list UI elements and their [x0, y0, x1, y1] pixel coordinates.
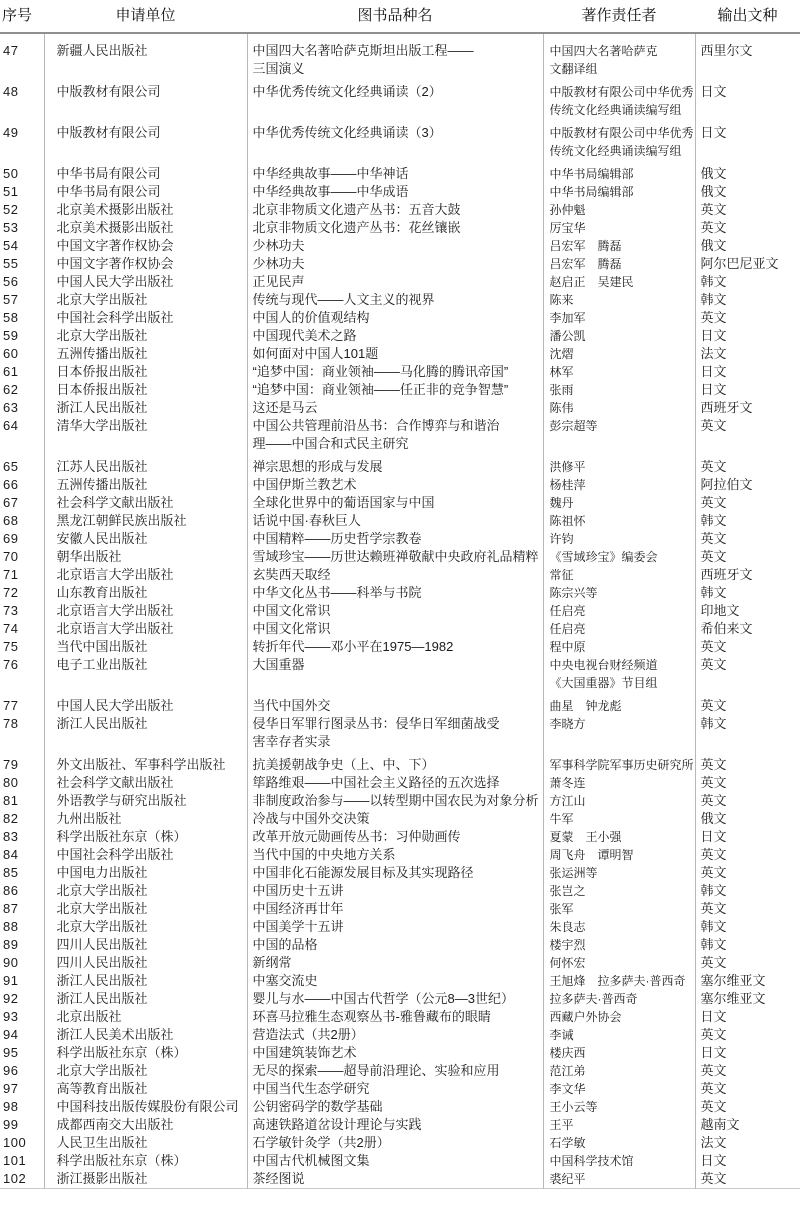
- cell-author: 张雨: [543, 381, 695, 399]
- cell-language: 英文: [695, 530, 800, 548]
- cell-unit: 山东教育出版社: [44, 584, 247, 602]
- cell-language: 西班牙文: [695, 566, 800, 584]
- cell-booktitle: 禅宗思想的形成与发展: [247, 458, 543, 476]
- cell-unit: 北京大学出版社: [44, 900, 247, 918]
- col-header-author: 著作责任者: [543, 0, 695, 33]
- cell-unit: 浙江人民出版社: [44, 972, 247, 990]
- cell-unit: 中国人民大学出版社: [44, 697, 247, 715]
- cell-booktitle: 中华文化丛书——科举与书院: [247, 584, 543, 602]
- table-row: 57 北京大学出版社 传统与现代——人文主义的视界 陈来 韩文: [0, 291, 800, 309]
- table-row: 62 日本侨报出版社 “追梦中国：商业领袖——任正非的竞争智慧” 张雨 日文: [0, 381, 800, 399]
- cell-serial: 73: [0, 602, 44, 620]
- cell-serial: 47: [0, 33, 44, 83]
- cell-serial: 65: [0, 458, 44, 476]
- cell-author: 王小云等: [543, 1098, 695, 1116]
- cell-language: 越南文: [695, 1116, 800, 1134]
- cell-serial: 75: [0, 638, 44, 656]
- cell-serial: 89: [0, 936, 44, 954]
- cell-author: 中央电视台财经频道 《大国重器》节目组: [543, 656, 695, 697]
- cell-serial: 78: [0, 715, 44, 756]
- cell-author: 沈熠: [543, 345, 695, 363]
- cell-author: 常征: [543, 566, 695, 584]
- cell-language: 英文: [695, 954, 800, 972]
- cell-author: 任启亮: [543, 602, 695, 620]
- cell-booktitle: 中国经济再廿年: [247, 900, 543, 918]
- cell-serial: 58: [0, 309, 44, 327]
- cell-language: 英文: [695, 1170, 800, 1189]
- table-row: 58 中国社会科学出版社 中国人的价值观结构 李加军 英文: [0, 309, 800, 327]
- table-row: 53 北京美术摄影出版社 北京非物质文化遗产丛书：花丝镶嵌 厉宝华 英文: [0, 219, 800, 237]
- cell-serial: 59: [0, 327, 44, 345]
- cell-language: 英文: [695, 697, 800, 715]
- cell-language: 法文: [695, 345, 800, 363]
- cell-author: 石学敏: [543, 1134, 695, 1152]
- cell-author: 彭宗超等: [543, 417, 695, 458]
- cell-unit: 当代中国出版社: [44, 638, 247, 656]
- cell-author: 何怀宏: [543, 954, 695, 972]
- cell-booktitle: 中塞交流史: [247, 972, 543, 990]
- cell-unit: 四川人民出版社: [44, 954, 247, 972]
- table-row: 101 科学出版社东京（株） 中国古代机械图文集 中国科学技术馆 日文: [0, 1152, 800, 1170]
- cell-language: 英文: [695, 548, 800, 566]
- cell-language: 英文: [695, 656, 800, 697]
- cell-language: 塞尔维亚文: [695, 990, 800, 1008]
- cell-serial: 92: [0, 990, 44, 1008]
- cell-serial: 94: [0, 1026, 44, 1044]
- cell-booktitle: 中国伊斯兰教艺术: [247, 476, 543, 494]
- cell-language: 俄文: [695, 183, 800, 201]
- cell-serial: 96: [0, 1062, 44, 1080]
- cell-unit: 日本侨报出版社: [44, 381, 247, 399]
- cell-serial: 95: [0, 1044, 44, 1062]
- cell-unit: 北京语言大学出版社: [44, 602, 247, 620]
- cell-author: 洪修平: [543, 458, 695, 476]
- cell-unit: 五洲传播出版社: [44, 476, 247, 494]
- cell-booktitle: 中华优秀传统文化经典诵读（3）: [247, 124, 543, 165]
- cell-author: 张岂之: [543, 882, 695, 900]
- cell-author: 吕宏军 腾磊: [543, 237, 695, 255]
- cell-unit: 黑龙江朝鲜民族出版社: [44, 512, 247, 530]
- cell-serial: 87: [0, 900, 44, 918]
- cell-language: 日文: [695, 1008, 800, 1026]
- cell-author: 牛军: [543, 810, 695, 828]
- document-page: 序号 申请单位 图书品种名 著作责任者 输出文种 47 新疆人民出版社 中国四大…: [0, 0, 800, 1189]
- cell-author: 陈宗兴等: [543, 584, 695, 602]
- table-row: 95 科学出版社东京（株） 中国建筑装饰艺术 楼庆西 日文: [0, 1044, 800, 1062]
- cell-booktitle: 中国建筑装饰艺术: [247, 1044, 543, 1062]
- cell-serial: 70: [0, 548, 44, 566]
- cell-language: 英文: [695, 494, 800, 512]
- cell-booktitle: 大国重器: [247, 656, 543, 697]
- table-row: 94 浙江人民美术出版社 营造法式（共2册） 李诫 英文: [0, 1026, 800, 1044]
- cell-author: 裘纪平: [543, 1170, 695, 1189]
- cell-unit: 中版教材有限公司: [44, 83, 247, 124]
- cell-serial: 79: [0, 756, 44, 774]
- cell-booktitle: 改革开放元勋画传丛书：习仲勋画传: [247, 828, 543, 846]
- table-row: 71 北京语言大学出版社 玄奘西天取经 常征 西班牙文: [0, 566, 800, 584]
- cell-unit: 成都西南交大出版社: [44, 1116, 247, 1134]
- cell-language: 英文: [695, 1026, 800, 1044]
- cell-booktitle: 这还是马云: [247, 399, 543, 417]
- header-row: 序号 申请单位 图书品种名 著作责任者 输出文种: [0, 0, 800, 33]
- cell-booktitle: 公钥密码学的数学基础: [247, 1098, 543, 1116]
- table-row: 52 北京美术摄影出版社 北京非物质文化遗产丛书：五音大鼓 孙仲魁 英文: [0, 201, 800, 219]
- table-row: 91 浙江人民出版社 中塞交流史 王旭烽 拉多萨夫·普西奇 塞尔维亚文: [0, 972, 800, 990]
- cell-author: 中华书局编辑部: [543, 165, 695, 183]
- cell-author: 周飞舟 谭明智: [543, 846, 695, 864]
- table-row: 64 清华大学出版社 中国公共管理前沿丛书：合作博弈与和谐治 理——中国合和式民…: [0, 417, 800, 458]
- cell-booktitle: 传统与现代——人文主义的视界: [247, 291, 543, 309]
- cell-unit: 四川人民出版社: [44, 936, 247, 954]
- cell-unit: 中华书局有限公司: [44, 165, 247, 183]
- cell-language: 韩文: [695, 882, 800, 900]
- cell-booktitle: 筚路维艰——中国社会主义路径的五次选择: [247, 774, 543, 792]
- cell-author: 陈伟: [543, 399, 695, 417]
- table-row: 72 山东教育出版社 中华文化丛书——科举与书院 陈宗兴等 韩文: [0, 584, 800, 602]
- cell-unit: 社会科学文献出版社: [44, 774, 247, 792]
- cell-author: 李晓方: [543, 715, 695, 756]
- cell-language: 日文: [695, 363, 800, 381]
- cell-language: 日文: [695, 327, 800, 345]
- table-row: 102 浙江摄影出版社 茶经图说 裘纪平 英文: [0, 1170, 800, 1189]
- cell-language: 日文: [695, 381, 800, 399]
- cell-unit: 外文出版社、军事科学出版社: [44, 756, 247, 774]
- cell-serial: 97: [0, 1080, 44, 1098]
- cell-booktitle: 高速铁路道岔设计理论与实践: [247, 1116, 543, 1134]
- cell-booktitle: 玄奘西天取经: [247, 566, 543, 584]
- cell-booktitle: 中国的品格: [247, 936, 543, 954]
- table-row: 76 电子工业出版社 大国重器 中央电视台财经频道 《大国重器》节目组 英文: [0, 656, 800, 697]
- col-header-serial: 序号: [0, 0, 44, 33]
- cell-language: 英文: [695, 1080, 800, 1098]
- cell-author: 军事科学院军事历史研究所: [543, 756, 695, 774]
- cell-language: 西里尔文: [695, 33, 800, 83]
- cell-author: 孙仲魁: [543, 201, 695, 219]
- table-row: 80 社会科学文献出版社 筚路维艰——中国社会主义路径的五次选择 萧冬连 英文: [0, 774, 800, 792]
- cell-unit: 朝华出版社: [44, 548, 247, 566]
- cell-author: 陈祖怀: [543, 512, 695, 530]
- cell-author: 中国科学技术馆: [543, 1152, 695, 1170]
- cell-serial: 81: [0, 792, 44, 810]
- cell-language: 英文: [695, 638, 800, 656]
- cell-booktitle: 茶经图说: [247, 1170, 543, 1189]
- table-row: 75 当代中国出版社 转折年代——邓小平在1975—1982 程中原 英文: [0, 638, 800, 656]
- cell-unit: 科学出版社东京（株）: [44, 828, 247, 846]
- cell-unit: 社会科学文献出版社: [44, 494, 247, 512]
- cell-booktitle: 少林功夫: [247, 255, 543, 273]
- cell-language: 阿尔巴尼亚文: [695, 255, 800, 273]
- cell-language: 英文: [695, 900, 800, 918]
- cell-booktitle: 营造法式（共2册）: [247, 1026, 543, 1044]
- cell-unit: 中国文字著作权协会: [44, 237, 247, 255]
- table-row: 83 科学出版社东京（株） 改革开放元勋画传丛书：习仲勋画传 夏蒙 王小强 日文: [0, 828, 800, 846]
- cell-serial: 49: [0, 124, 44, 165]
- cell-unit: 北京语言大学出版社: [44, 566, 247, 584]
- table-row: 69 安徽人民出版社 中国精粹——历史哲学宗教卷 许钧 英文: [0, 530, 800, 548]
- cell-serial: 82: [0, 810, 44, 828]
- cell-language: 韩文: [695, 584, 800, 602]
- cell-booktitle: 抗美援朝战争史（上、中、下）: [247, 756, 543, 774]
- cell-serial: 102: [0, 1170, 44, 1189]
- cell-serial: 68: [0, 512, 44, 530]
- cell-serial: 55: [0, 255, 44, 273]
- cell-unit: 中国社会科学出版社: [44, 846, 247, 864]
- cell-serial: 50: [0, 165, 44, 183]
- cell-unit: 科学出版社东京（株）: [44, 1152, 247, 1170]
- cell-language: 西班牙文: [695, 399, 800, 417]
- cell-language: 韩文: [695, 512, 800, 530]
- cell-booktitle: 中国文化常识: [247, 620, 543, 638]
- table-row: 55 中国文字著作权协会 少林功夫 吕宏军 腾磊 阿尔巴尼亚文: [0, 255, 800, 273]
- table-row: 93 北京出版社 环喜马拉雅生态观察丛书-雅鲁藏布的眼睛 西藏户外协会 日文: [0, 1008, 800, 1026]
- cell-author: 范江弟: [543, 1062, 695, 1080]
- cell-booktitle: 石学敏针灸学（共2册）: [247, 1134, 543, 1152]
- cell-author: 萧冬连: [543, 774, 695, 792]
- table-header: 序号 申请单位 图书品种名 著作责任者 输出文种: [0, 0, 800, 33]
- cell-booktitle: 转折年代——邓小平在1975—1982: [247, 638, 543, 656]
- table-row: 78 浙江人民出版社 侵华日军罪行图录丛书：侵华日军细菌战受 害幸存者实录 李晓…: [0, 715, 800, 756]
- cell-author: 西藏户外协会: [543, 1008, 695, 1026]
- cell-language: 日文: [695, 83, 800, 124]
- cell-language: 日文: [695, 1044, 800, 1062]
- book-export-table: 序号 申请单位 图书品种名 著作责任者 输出文种 47 新疆人民出版社 中国四大…: [0, 0, 800, 1189]
- cell-author: 中版教材有限公司中华优秀 传统文化经典诵读编写组: [543, 124, 695, 165]
- cell-booktitle: 雪域珍宝——历世达赖班禅敬献中央政府礼品精粹: [247, 548, 543, 566]
- cell-serial: 85: [0, 864, 44, 882]
- table-row: 89 四川人民出版社 中国的品格 楼宇烈 韩文: [0, 936, 800, 954]
- cell-unit: 北京出版社: [44, 1008, 247, 1026]
- cell-unit: 北京大学出版社: [44, 1062, 247, 1080]
- cell-language: 俄文: [695, 810, 800, 828]
- cell-unit: 江苏人民出版社: [44, 458, 247, 476]
- cell-author: 楼庆西: [543, 1044, 695, 1062]
- table-row: 87 北京大学出版社 中国经济再廿年 张军 英文: [0, 900, 800, 918]
- cell-language: 日文: [695, 1152, 800, 1170]
- cell-serial: 56: [0, 273, 44, 291]
- cell-serial: 51: [0, 183, 44, 201]
- cell-author: 厉宝华: [543, 219, 695, 237]
- table-row: 51 中华书局有限公司 中华经典故事——中华成语 中华书局编辑部 俄文: [0, 183, 800, 201]
- cell-unit: 浙江人民出版社: [44, 399, 247, 417]
- cell-unit: 浙江人民美术出版社: [44, 1026, 247, 1044]
- cell-language: 韩文: [695, 291, 800, 309]
- cell-unit: 中国社会科学出版社: [44, 309, 247, 327]
- cell-booktitle: 当代中国外交: [247, 697, 543, 715]
- table-row: 74 北京语言大学出版社 中国文化常识 任启亮 希伯来文: [0, 620, 800, 638]
- table-body: 47 新疆人民出版社 中国四大名著哈萨克斯坦出版工程—— 三国演义 中国四大名著…: [0, 33, 800, 1189]
- cell-unit: 科学出版社东京（株）: [44, 1044, 247, 1062]
- cell-booktitle: 中国美学十五讲: [247, 918, 543, 936]
- table-row: 85 中国电力出版社 中国非化石能源发展目标及其实现路径 张运洲等 英文: [0, 864, 800, 882]
- cell-booktitle: 全球化世界中的葡语国家与中国: [247, 494, 543, 512]
- cell-booktitle: 中华经典故事——中华神话: [247, 165, 543, 183]
- cell-booktitle: 中国公共管理前沿丛书：合作博弈与和谐治 理——中国合和式民主研究: [247, 417, 543, 458]
- cell-language: 俄文: [695, 237, 800, 255]
- cell-serial: 101: [0, 1152, 44, 1170]
- table-row: 82 九州出版社 冷战与中国外交决策 牛军 俄文: [0, 810, 800, 828]
- cell-booktitle: 非制度政治参与——以转型期中国农民为对象分析: [247, 792, 543, 810]
- cell-author: 楼宇烈: [543, 936, 695, 954]
- cell-serial: 77: [0, 697, 44, 715]
- cell-unit: 新疆人民出版社: [44, 33, 247, 83]
- cell-language: 韩文: [695, 936, 800, 954]
- cell-booktitle: 北京非物质文化遗产丛书：五音大鼓: [247, 201, 543, 219]
- table-row: 59 北京大学出版社 中国现代美术之路 潘公凯 日文: [0, 327, 800, 345]
- cell-booktitle: 中国人的价值观结构: [247, 309, 543, 327]
- cell-author: 方江山: [543, 792, 695, 810]
- cell-author: 张军: [543, 900, 695, 918]
- cell-serial: 60: [0, 345, 44, 363]
- col-header-unit: 申请单位: [44, 0, 247, 33]
- table-row: 98 中国科技出版传媒股份有限公司 公钥密码学的数学基础 王小云等 英文: [0, 1098, 800, 1116]
- table-row: 70 朝华出版社 雪域珍宝——历世达赖班禅敬献中央政府礼品精粹 《雪域珍宝》编委…: [0, 548, 800, 566]
- cell-language: 英文: [695, 846, 800, 864]
- cell-serial: 99: [0, 1116, 44, 1134]
- cell-serial: 100: [0, 1134, 44, 1152]
- cell-unit: 浙江人民出版社: [44, 715, 247, 756]
- cell-booktitle: 中国古代机械图文集: [247, 1152, 543, 1170]
- cell-unit: 九州出版社: [44, 810, 247, 828]
- cell-author: 陈来: [543, 291, 695, 309]
- cell-serial: 83: [0, 828, 44, 846]
- cell-booktitle: “追梦中国：商业领袖——马化腾的腾讯帝国”: [247, 363, 543, 381]
- table-row: 63 浙江人民出版社 这还是马云 陈伟 西班牙文: [0, 399, 800, 417]
- col-header-booktitle: 图书品种名: [247, 0, 543, 33]
- table-row: 88 北京大学出版社 中国美学十五讲 朱良志 韩文: [0, 918, 800, 936]
- cell-unit: 人民卫生出版社: [44, 1134, 247, 1152]
- cell-serial: 52: [0, 201, 44, 219]
- table-row: 92 浙江人民出版社 婴儿与水——中国古代哲学（公元8—3世纪） 拉多萨夫·普西…: [0, 990, 800, 1008]
- cell-author: 王平: [543, 1116, 695, 1134]
- cell-serial: 84: [0, 846, 44, 864]
- cell-unit: 电子工业出版社: [44, 656, 247, 697]
- cell-serial: 62: [0, 381, 44, 399]
- cell-author: 李加军: [543, 309, 695, 327]
- table-row: 61 日本侨报出版社 “追梦中国：商业领袖——马化腾的腾讯帝国” 林军 日文: [0, 363, 800, 381]
- cell-serial: 57: [0, 291, 44, 309]
- cell-booktitle: 中国当代生态学研究: [247, 1080, 543, 1098]
- cell-author: 吕宏军 腾磊: [543, 255, 695, 273]
- table-row: 100 人民卫生出版社 石学敏针灸学（共2册） 石学敏 法文: [0, 1134, 800, 1152]
- table-row: 86 北京大学出版社 中国历史十五讲 张岂之 韩文: [0, 882, 800, 900]
- cell-serial: 93: [0, 1008, 44, 1026]
- cell-unit: 五洲传播出版社: [44, 345, 247, 363]
- cell-booktitle: 中国四大名著哈萨克斯坦出版工程—— 三国演义: [247, 33, 543, 83]
- cell-author: 李诫: [543, 1026, 695, 1044]
- cell-unit: 北京语言大学出版社: [44, 620, 247, 638]
- cell-serial: 88: [0, 918, 44, 936]
- cell-unit: 安徽人民出版社: [44, 530, 247, 548]
- cell-unit: 北京大学出版社: [44, 882, 247, 900]
- cell-booktitle: 当代中国的中央地方关系: [247, 846, 543, 864]
- cell-booktitle: 中华经典故事——中华成语: [247, 183, 543, 201]
- table-row: 56 中国人民大学出版社 正见民声 赵启正 吴建民 韩文: [0, 273, 800, 291]
- cell-author: 王旭烽 拉多萨夫·普西奇: [543, 972, 695, 990]
- table-row: 77 中国人民大学出版社 当代中国外交 曲星 钟龙彪 英文: [0, 697, 800, 715]
- cell-language: 英文: [695, 1062, 800, 1080]
- cell-author: 魏丹: [543, 494, 695, 512]
- table-row: 50 中华书局有限公司 中华经典故事——中华神话 中华书局编辑部 俄文: [0, 165, 800, 183]
- cell-author: 潘公凯: [543, 327, 695, 345]
- cell-author: 拉多萨夫·普西奇: [543, 990, 695, 1008]
- cell-language: 法文: [695, 1134, 800, 1152]
- cell-booktitle: “追梦中国：商业领袖——任正非的竞争智慧”: [247, 381, 543, 399]
- cell-booktitle: 中国历史十五讲: [247, 882, 543, 900]
- cell-serial: 66: [0, 476, 44, 494]
- table-row: 97 高等教育出版社 中国当代生态学研究 李文华 英文: [0, 1080, 800, 1098]
- cell-serial: 80: [0, 774, 44, 792]
- cell-serial: 53: [0, 219, 44, 237]
- cell-language: 韩文: [695, 715, 800, 756]
- cell-booktitle: 无尽的探索——超导前沿理论、实验和应用: [247, 1062, 543, 1080]
- cell-author: 许钧: [543, 530, 695, 548]
- table-row: 67 社会科学文献出版社 全球化世界中的葡语国家与中国 魏丹 英文: [0, 494, 800, 512]
- cell-booktitle: 中国精粹——历史哲学宗教卷: [247, 530, 543, 548]
- cell-language: 英文: [695, 1098, 800, 1116]
- cell-language: 英文: [695, 774, 800, 792]
- cell-serial: 61: [0, 363, 44, 381]
- table-row: 79 外文出版社、军事科学出版社 抗美援朝战争史（上、中、下） 军事科学院军事历…: [0, 756, 800, 774]
- cell-language: 英文: [695, 201, 800, 219]
- cell-unit: 浙江人民出版社: [44, 990, 247, 1008]
- cell-language: 英文: [695, 864, 800, 882]
- cell-author: 夏蒙 王小强: [543, 828, 695, 846]
- cell-author: 任启亮: [543, 620, 695, 638]
- cell-booktitle: 冷战与中国外交决策: [247, 810, 543, 828]
- cell-author: 李文华: [543, 1080, 695, 1098]
- cell-booktitle: 中国现代美术之路: [247, 327, 543, 345]
- cell-unit: 北京美术摄影出版社: [44, 219, 247, 237]
- cell-language: 韩文: [695, 273, 800, 291]
- cell-language: 日文: [695, 828, 800, 846]
- cell-unit: 北京大学出版社: [44, 918, 247, 936]
- col-header-language: 输出文种: [695, 0, 800, 33]
- cell-author: 程中原: [543, 638, 695, 656]
- table-row: 65 江苏人民出版社 禅宗思想的形成与发展 洪修平 英文: [0, 458, 800, 476]
- cell-unit: 北京美术摄影出版社: [44, 201, 247, 219]
- cell-unit: 外语教学与研究出版社: [44, 792, 247, 810]
- table-row: 54 中国文字著作权协会 少林功夫 吕宏军 腾磊 俄文: [0, 237, 800, 255]
- table-row: 48 中版教材有限公司 中华优秀传统文化经典诵读（2） 中版教材有限公司中华优秀…: [0, 83, 800, 124]
- cell-booktitle: 话说中国·春秋巨人: [247, 512, 543, 530]
- cell-serial: 64: [0, 417, 44, 458]
- table-row: 66 五洲传播出版社 中国伊斯兰教艺术 杨桂萍 阿拉伯文: [0, 476, 800, 494]
- table-row: 99 成都西南交大出版社 高速铁路道岔设计理论与实践 王平 越南文: [0, 1116, 800, 1134]
- cell-author: 中国四大名著哈萨克 文翻译组: [543, 33, 695, 83]
- cell-unit: 中华书局有限公司: [44, 183, 247, 201]
- cell-unit: 中国电力出版社: [44, 864, 247, 882]
- cell-serial: 86: [0, 882, 44, 900]
- cell-author: 林军: [543, 363, 695, 381]
- cell-booktitle: 北京非物质文化遗产丛书：花丝镶嵌: [247, 219, 543, 237]
- table-row: 81 外语教学与研究出版社 非制度政治参与——以转型期中国农民为对象分析 方江山…: [0, 792, 800, 810]
- cell-author: 赵启正 吴建民: [543, 273, 695, 291]
- cell-author: 《雪域珍宝》编委会: [543, 548, 695, 566]
- cell-booktitle: 中国非化石能源发展目标及其实现路径: [247, 864, 543, 882]
- cell-serial: 98: [0, 1098, 44, 1116]
- cell-language: 英文: [695, 756, 800, 774]
- cell-unit: 高等教育出版社: [44, 1080, 247, 1098]
- cell-language: 英文: [695, 792, 800, 810]
- cell-language: 印地文: [695, 602, 800, 620]
- cell-language: 希伯来文: [695, 620, 800, 638]
- cell-unit: 中版教材有限公司: [44, 124, 247, 165]
- cell-booktitle: 新纲常: [247, 954, 543, 972]
- cell-booktitle: 少林功夫: [247, 237, 543, 255]
- cell-unit: 中国科技出版传媒股份有限公司: [44, 1098, 247, 1116]
- cell-author: 朱良志: [543, 918, 695, 936]
- cell-unit: 中国人民大学出版社: [44, 273, 247, 291]
